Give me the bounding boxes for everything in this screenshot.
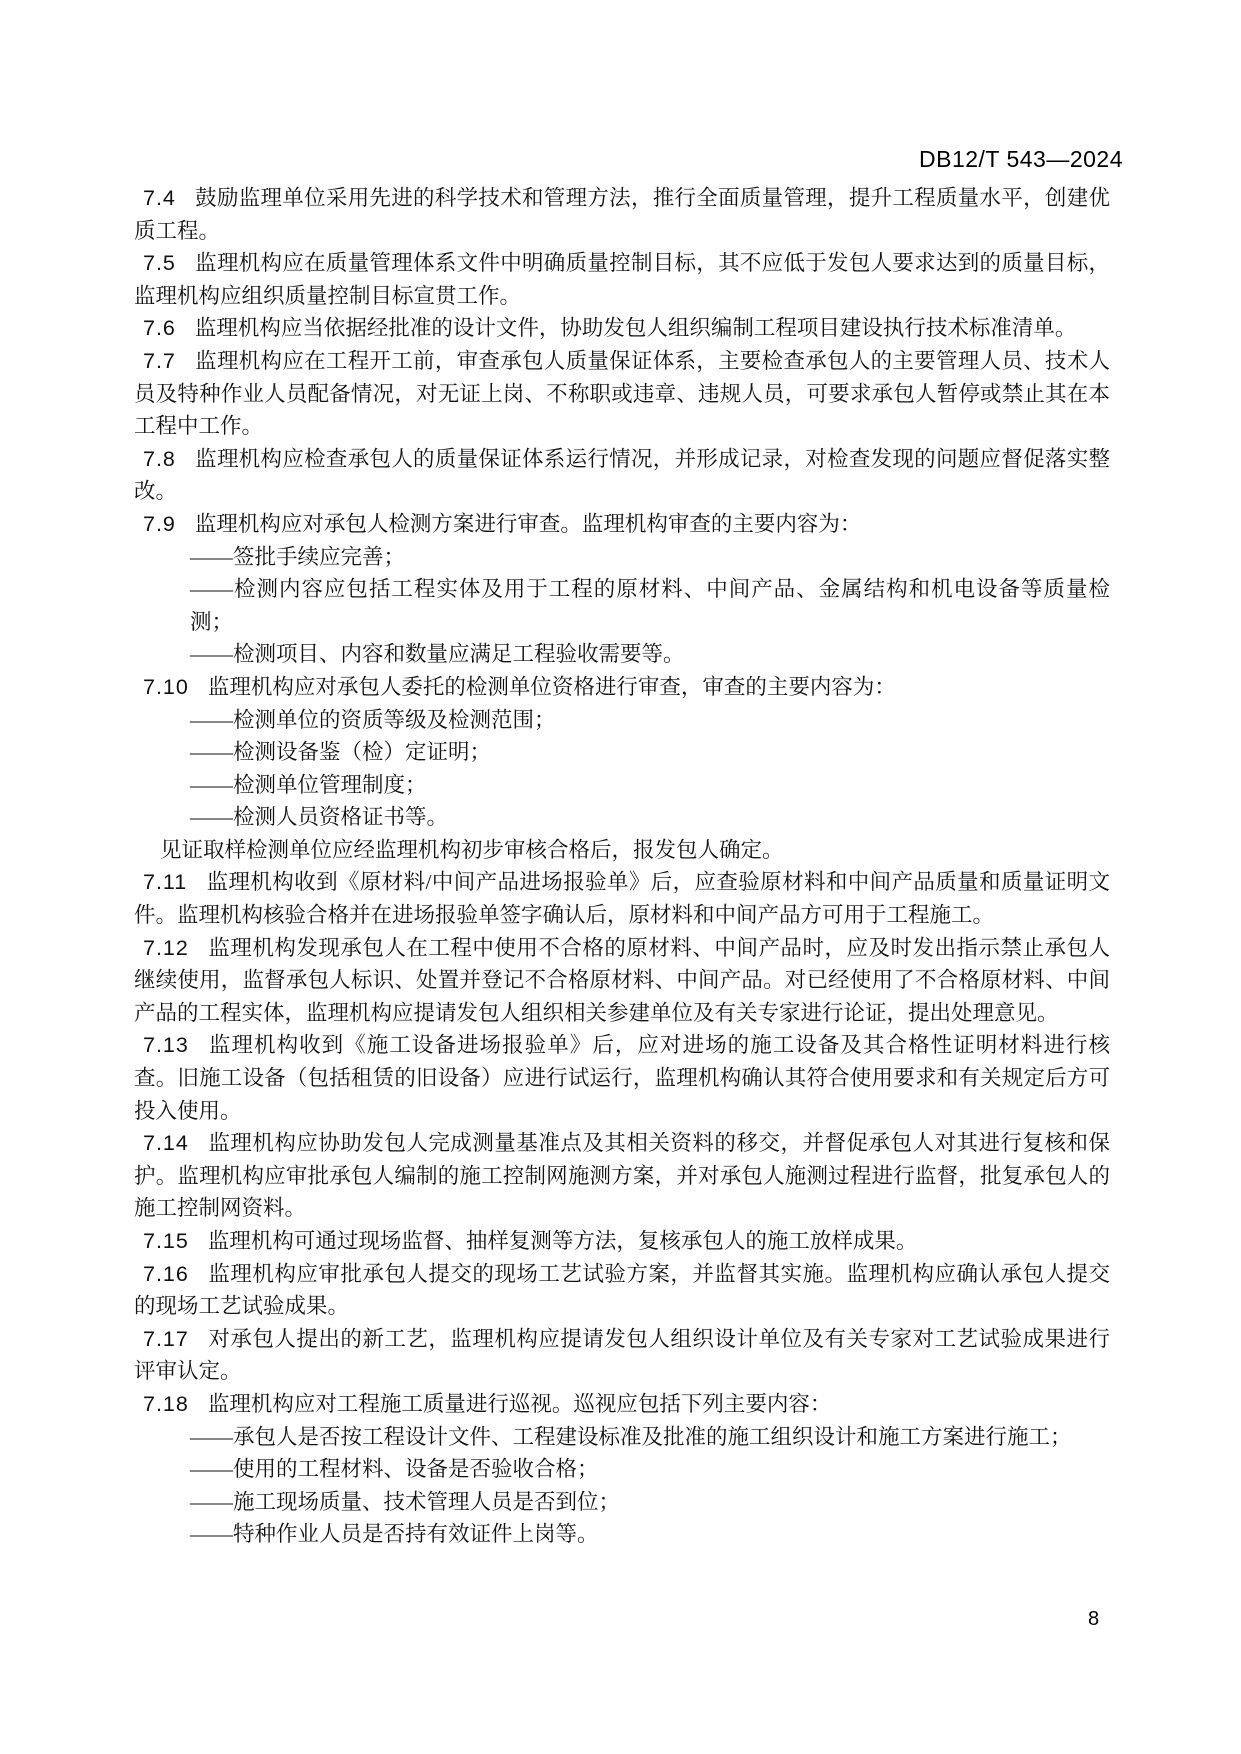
clause-number: 7.17 bbox=[143, 1327, 189, 1351]
clause-list-item: ——承包人是否按工程设计文件、工程建设标准及批准的施工组织设计和施工方案进行施工… bbox=[134, 1421, 1110, 1454]
document-code: DB12/T 543—2024 bbox=[919, 146, 1123, 173]
clause-number: 7.8 bbox=[143, 447, 176, 471]
clause-list-item: ——特种作业人员是否持有效证件上岗等。 bbox=[134, 1518, 1110, 1551]
clause-7.14: 7.14监理机构应协助发包人完成测量基准点及其相关资料的移交，并督促承包人对其进… bbox=[134, 1127, 1110, 1225]
clauses-container: 7.4鼓励监理单位采用先进的科学技术和管理方法，推行全面质量管理，提升工程质量水… bbox=[134, 182, 1110, 1551]
clause-7.7: 7.7监理机构应在工程开工前，审查承包人质量保证体系，主要检查承包人的主要管理人… bbox=[134, 345, 1110, 443]
clause-7.13: 7.13监理机构收到《施工设备进场报验单》后，应对进场的施工设备及其合格性证明材… bbox=[134, 1029, 1110, 1127]
clause-7.5: 7.5监理机构应在质量管理体系文件中明确质量控制目标，其不应低于发包人要求达到的… bbox=[134, 247, 1110, 312]
clause-7.15: 7.15监理机构可通过现场监督、抽样复测等方法，复核承包人的施工放样成果。 bbox=[134, 1225, 1110, 1258]
clause-number: 7.5 bbox=[143, 251, 176, 275]
clause-text: 监理机构发现承包人在工程中使用不合格的原材料、中间产品时，应及时发出指示禁止承包… bbox=[134, 936, 1110, 1025]
document-page: DB12/T 543—2024 7.4鼓励监理单位采用先进的科学技术和管理方法，… bbox=[0, 0, 1241, 1754]
clause-text: 鼓励监理单位采用先进的科学技术和管理方法，推行全面质量管理，提升工程质量水平，创… bbox=[134, 186, 1110, 243]
clause-7.16: 7.16监理机构应审批承包人提交的现场工艺试验方案，并监督其实施。监理机构应确认… bbox=[134, 1258, 1110, 1323]
clause-7.11: 7.11监理机构收到《原材料/中间产品进场报验单》后，应查验原材料和中间产品质量… bbox=[134, 866, 1110, 931]
clause-text: 监理机构应在质量管理体系文件中明确质量控制目标，其不应低于发包人要求达到的质量目… bbox=[134, 251, 1110, 308]
clause-note: 见证取样检测单位应经监理机构初步审核合格后，报发包人确定。 bbox=[134, 834, 1110, 867]
clause-7.6: 7.6监理机构应当依据经批准的设计文件，协助发包人组织编制工程项目建设执行技术标… bbox=[134, 312, 1110, 345]
clause-number: 7.10 bbox=[143, 675, 189, 699]
clause-number: 7.15 bbox=[143, 1229, 189, 1253]
clause-text: 监理机构应协助发包人完成测量基准点及其相关资料的移交，并督促承包人对其进行复核和… bbox=[134, 1131, 1110, 1220]
clause-list-item: ——施工现场质量、技术管理人员是否到位； bbox=[134, 1486, 1110, 1519]
page-number: 8 bbox=[1088, 1608, 1099, 1631]
clause-7.4: 7.4鼓励监理单位采用先进的科学技术和管理方法，推行全面质量管理，提升工程质量水… bbox=[134, 182, 1110, 247]
clause-list-item: ——检测项目、内容和数量应满足工程验收需要等。 bbox=[134, 638, 1110, 671]
clause-text: 对承包人提出的新工艺，监理机构应提请发包人组织设计单位及有关专家对工艺试验成果进… bbox=[134, 1327, 1110, 1384]
clause-list-item: ——检测设备鉴（检）定证明； bbox=[134, 736, 1110, 769]
clause-number: 7.18 bbox=[143, 1392, 189, 1416]
clause-number: 7.7 bbox=[143, 349, 176, 373]
clause-list-item: ——检测单位的资质等级及检测范围； bbox=[134, 704, 1110, 737]
clause-list-item: ——签批手续应完善； bbox=[134, 541, 1110, 574]
clause-text: 监理机构可通过现场监督、抽样复测等方法，复核承包人的施工放样成果。 bbox=[208, 1229, 918, 1253]
clause-number: 7.14 bbox=[143, 1131, 189, 1155]
clause-text: 监理机构应检查承包人的质量保证体系运行情况，并形成记录，对检查发现的问题应督促落… bbox=[134, 447, 1110, 504]
clause-list-item: ——使用的工程材料、设备是否验收合格； bbox=[134, 1453, 1110, 1486]
clause-number: 7.16 bbox=[143, 1262, 189, 1286]
clause-list-item: ——检测内容应包括工程实体及用于工程的原材料、中间产品、金属结构和机电设备等质量… bbox=[134, 573, 1110, 638]
clause-number: 7.13 bbox=[143, 1033, 189, 1057]
clause-7.9: 7.9监理机构应对承包人检测方案进行审查。监理机构审查的主要内容为： bbox=[134, 508, 1110, 541]
clause-7.8: 7.8监理机构应检查承包人的质量保证体系运行情况，并形成记录，对检查发现的问题应… bbox=[134, 443, 1110, 508]
clause-7.17: 7.17对承包人提出的新工艺，监理机构应提请发包人组织设计单位及有关专家对工艺试… bbox=[134, 1323, 1110, 1388]
clause-number: 7.6 bbox=[143, 316, 176, 340]
clause-text: 监理机构应对工程施工质量进行巡视。巡视应包括下列主要内容： bbox=[208, 1392, 832, 1416]
clause-number: 7.4 bbox=[143, 186, 176, 210]
clause-text: 监理机构应对承包人检测方案进行审查。监理机构审查的主要内容为： bbox=[195, 512, 862, 536]
clause-text: 监理机构应对承包人委托的检测单位资格进行审查，审查的主要内容为： bbox=[208, 675, 896, 699]
clause-text: 监理机构收到《施工设备进场报验单》后，应对进场的施工设备及其合格性证明材料进行核… bbox=[134, 1033, 1110, 1122]
clause-list-item: ——检测人员资格证书等。 bbox=[134, 801, 1110, 834]
clause-text: 监理机构收到《原材料/中间产品进场报验单》后，应查验原材料和中间产品质量和质量证… bbox=[134, 870, 1110, 927]
clause-7.18: 7.18监理机构应对工程施工质量进行巡视。巡视应包括下列主要内容： bbox=[134, 1388, 1110, 1421]
clause-number: 7.12 bbox=[143, 936, 189, 960]
clause-list-item: ——检测单位管理制度； bbox=[134, 769, 1110, 802]
clause-7.12: 7.12监理机构发现承包人在工程中使用不合格的原材料、中间产品时，应及时发出指示… bbox=[134, 932, 1110, 1030]
clause-number: 7.11 bbox=[143, 870, 187, 894]
clause-text: 监理机构应在工程开工前，审查承包人质量保证体系，主要检查承包人的主要管理人员、技… bbox=[134, 349, 1110, 438]
clause-7.10: 7.10监理机构应对承包人委托的检测单位资格进行审查，审查的主要内容为： bbox=[134, 671, 1110, 704]
clause-text: 监理机构应当依据经批准的设计文件，协助发包人组织编制工程项目建设执行技术标准清单… bbox=[195, 316, 1077, 340]
clause-number: 7.9 bbox=[143, 512, 176, 536]
clause-text: 监理机构应审批承包人提交的现场工艺试验方案，并监督其实施。监理机构应确认承包人提… bbox=[134, 1262, 1110, 1319]
